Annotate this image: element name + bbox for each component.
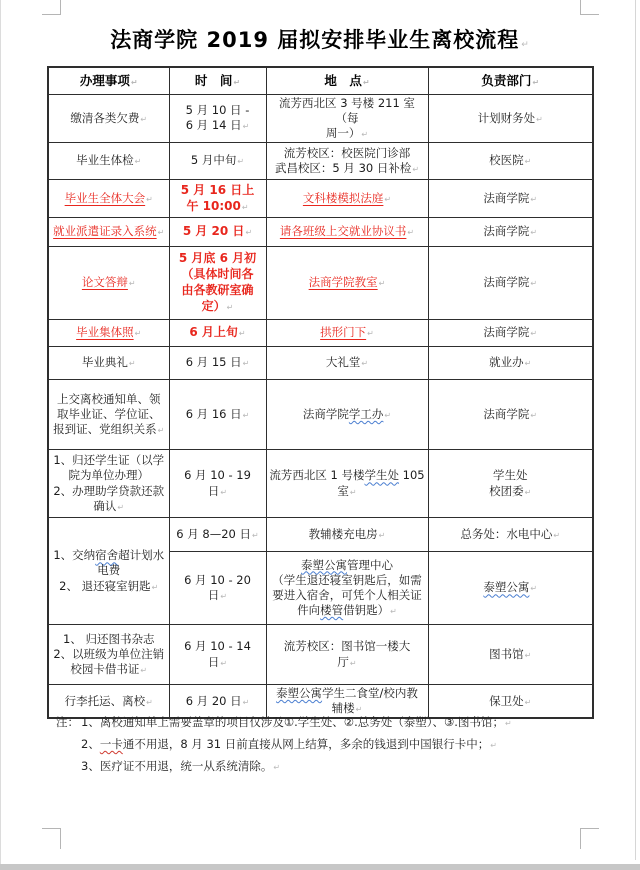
page-edge-left <box>0 0 1 870</box>
cell-time: 6 月 16 日 <box>169 380 266 450</box>
cell-time: 6 月 10 - 14 日 <box>169 625 266 685</box>
cell-dept: 学生处 校团委 <box>428 450 593 518</box>
cell-time: 5 月中旬 <box>169 143 266 180</box>
cell-dept: 法商学院 <box>428 320 593 347</box>
cell-time: 5 月 16 日上 午 10:00 <box>169 180 266 218</box>
note-text: 2、一卡通不用退，8 月 31 日前直接从网上结算，多余的钱退到中国银行卡中； <box>81 734 497 756</box>
cell-time: 5 月底 6 月初 （具体时间各 由各教研室确 定） <box>169 247 266 320</box>
cell-time: 6 月 10 - 19 日 <box>169 450 266 518</box>
cell-item: 1、归还学生证（以学 院为单位办理） 2、办理助学贷款还款 确认 <box>48 450 169 518</box>
cell-place: 泰塑公寓管理中心 （学生退还寝室钥匙后，如需 要进入宿舍，可凭个人相关证 件向楼… <box>266 552 428 625</box>
note-label <box>56 756 81 778</box>
cell-place: 文科楼模拟法庭 <box>266 180 428 218</box>
table-row: 1、交纳宿舍超计划水 电费 2、 退还寝室钥匙 6 月 8—20 日 教辅楼充电… <box>48 518 593 552</box>
cell-item: 就业派遣证录入系统 <box>48 218 169 247</box>
note-text: 1、离校通知单上需要盖章的项目仅涉及①.学生处、②.总务处（泰塑）、③.图书馆； <box>81 712 512 734</box>
document-page: 法商学院 2019 届拟安排毕业生离校流程 办理事项 时 间 地 点 负责部门 … <box>0 0 640 870</box>
schedule-table: 办理事项 时 间 地 点 负责部门 缴清各类欠费 5 月 10 日 - 6 月 … <box>47 66 594 719</box>
table-row: 毕业集体照 6 月上旬 拱形门下 法商学院 <box>48 320 593 347</box>
cell-dept: 计划财务处 <box>428 94 593 143</box>
table-row: 1、归还学生证（以学 院为单位办理） 2、办理助学贷款还款 确认 6 月 10 … <box>48 450 593 518</box>
cell-item: 毕业生全体大会 <box>48 180 169 218</box>
cell-item: 论文答辩 <box>48 247 169 320</box>
cell-place: 法商学院教室 <box>266 247 428 320</box>
column-header-time: 时 间 <box>169 67 266 94</box>
cell-place: 法商学院学工办 <box>266 380 428 450</box>
cell-place: 请各班级上交就业协议书 <box>266 218 428 247</box>
note-line: 2、一卡通不用退，8 月 31 日前直接从网上结算，多余的钱退到中国银行卡中； <box>56 734 596 756</box>
cell-place: 拱形门下 <box>266 320 428 347</box>
cell-item: 毕业集体照 <box>48 320 169 347</box>
footnotes: 注： 1、离校通知单上需要盖章的项目仅涉及①.学生处、②.总务处（泰塑）、③.图… <box>56 712 596 778</box>
cell-place: 流芳西北区 1 号楼学生处 105 室 <box>266 450 428 518</box>
cell-item: 1、交纳宿舍超计划水 电费 2、 退还寝室钥匙 <box>48 518 169 625</box>
cell-item: 1、 归还图书杂志 2、以班级为单位注销 校园卡借书证 <box>48 625 169 685</box>
table-row: 就业派遣证录入系统 5 月 20 日 请各班级上交就业协议书 法商学院 <box>48 218 593 247</box>
column-header-dept: 负责部门 <box>428 67 593 94</box>
cell-time: 6 月上旬 <box>169 320 266 347</box>
cell-item: 缴清各类欠费 <box>48 94 169 143</box>
document-title: 法商学院 2019 届拟安排毕业生离校流程 <box>0 24 640 54</box>
cell-dept: 法商学院 <box>428 247 593 320</box>
cell-dept: 法商学院 <box>428 180 593 218</box>
crop-mark-bottom-right <box>580 828 599 849</box>
column-header-item: 办理事项 <box>48 67 169 94</box>
cell-dept: 就业办 <box>428 347 593 380</box>
note-line: 3、医疗证不用退，统一从系统清除。 <box>56 756 596 778</box>
page-edge-bottom <box>0 864 640 870</box>
cell-time: 6 月 8—20 日 <box>169 518 266 552</box>
note-label <box>56 734 81 756</box>
cell-place: 流芳校区：图书馆一楼大 厅 <box>266 625 428 685</box>
cell-dept: 泰塑公寓 <box>428 552 593 625</box>
table-row: 毕业典礼 6 月 15 日 大礼堂 就业办 <box>48 347 593 380</box>
cell-dept: 校医院 <box>428 143 593 180</box>
cell-time: 5 月 10 日 - 6 月 14 日 <box>169 94 266 143</box>
cell-item: 毕业生体检 <box>48 143 169 180</box>
table-row: 1、 归还图书杂志 2、以班级为单位注销 校园卡借书证 6 月 10 - 14 … <box>48 625 593 685</box>
header-row: 办理事项 时 间 地 点 负责部门 <box>48 67 593 94</box>
table-row: 论文答辩 5 月底 6 月初 （具体时间各 由各教研室确 定） 法商学院教室 法… <box>48 247 593 320</box>
cell-place: 流芳校区：校医院门诊部 武昌校区：5 月 30 日补检 <box>266 143 428 180</box>
crop-mark-top-left <box>42 0 61 15</box>
cell-item: 上交离校通知单、领 取毕业证、学位证、 报到证、党组织关系 <box>48 380 169 450</box>
cell-time: 5 月 20 日 <box>169 218 266 247</box>
cell-dept: 总务处：水电中心 <box>428 518 593 552</box>
page-edge-right <box>635 0 636 860</box>
column-header-place: 地 点 <box>266 67 428 94</box>
cell-dept: 法商学院 <box>428 380 593 450</box>
table-row: 毕业生体检 5 月中旬 流芳校区：校医院门诊部 武昌校区：5 月 30 日补检 … <box>48 143 593 180</box>
cell-place: 流芳西北区 3 号楼 211 室（每 周一） <box>266 94 428 143</box>
note-line: 注： 1、离校通知单上需要盖章的项目仅涉及①.学生处、②.总务处（泰塑）、③.图… <box>56 712 596 734</box>
cell-place: 教辅楼充电房 <box>266 518 428 552</box>
cell-item: 毕业典礼 <box>48 347 169 380</box>
cell-dept: 法商学院 <box>428 218 593 247</box>
table-row: 毕业生全体大会 5 月 16 日上 午 10:00 文科楼模拟法庭 法商学院 <box>48 180 593 218</box>
cell-time: 6 月 15 日 <box>169 347 266 380</box>
note-label: 注： <box>56 712 81 734</box>
table-row: 上交离校通知单、领 取毕业证、学位证、 报到证、党组织关系 6 月 16 日 法… <box>48 380 593 450</box>
crop-mark-top-right <box>580 0 599 15</box>
crop-mark-bottom-left <box>42 828 61 849</box>
cell-dept: 图书馆 <box>428 625 593 685</box>
cell-time: 6 月 10 - 20 日 <box>169 552 266 625</box>
cell-place: 大礼堂 <box>266 347 428 380</box>
note-text: 3、医疗证不用退，统一从系统清除。 <box>81 756 280 778</box>
table-row: 缴清各类欠费 5 月 10 日 - 6 月 14 日 流芳西北区 3 号楼 21… <box>48 94 593 143</box>
